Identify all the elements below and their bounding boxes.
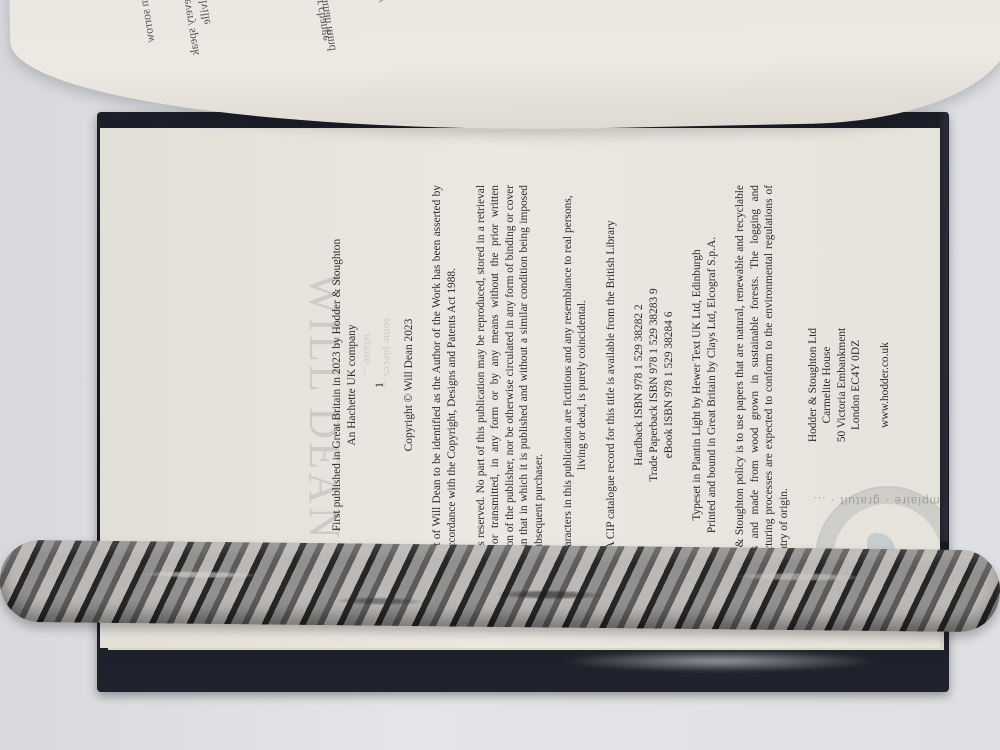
facing-page-author: Mary Shelley	[364, 0, 389, 4]
typeset-printing: Typeset in Plantin Light by Hewer Text U…	[690, 185, 719, 585]
cover-gloss-highlight	[560, 650, 880, 672]
isbn-ebook: eBook ISBN 978 1 529 38284 6	[662, 185, 677, 585]
printing-number: 1	[373, 185, 388, 585]
address-line: Hodder & Stoughton Ltd	[806, 185, 821, 585]
address-line: Carmelite House	[820, 185, 835, 585]
publisher-website: www.hodder.co.uk	[878, 185, 893, 585]
isbn-list: Hardback ISBN 978 1 529 38282 2 Trade Pa…	[632, 185, 676, 585]
copyright-text-block: First published in Great Britain in 2023…	[330, 185, 893, 585]
printed-line: Printed and bound in Great Britain by Cl…	[705, 185, 720, 585]
paper-policy: Hodder & Stoughton policy is to use pape…	[733, 185, 791, 585]
copyright-notice: Copyright © Will Dean 2023	[402, 185, 417, 585]
publisher-company-line: An Hachette UK company	[345, 185, 360, 585]
facing-page-line: ... as cows are with their own sorrow	[115, 0, 158, 44]
address-line: 50 Victoria Embankment	[835, 185, 850, 585]
typeset-line: Typeset in Plantin Light by Hewer Text U…	[690, 185, 705, 585]
moral-rights: The right of Will Dean to be identified …	[430, 185, 459, 585]
isbn-hardback: Hardback ISBN 978 1 529 38282 2	[632, 185, 647, 585]
publisher-address: Hodder & Stoughton Ltd Carmelite House 5…	[806, 185, 864, 585]
fiction-disclaimer: All characters in this publication are f…	[561, 185, 590, 585]
first-published-line: First published in Great Britain in 2023…	[330, 185, 345, 585]
cip-record: A CIP catalogue record for this title is…	[604, 185, 619, 585]
isbn-trade-paperback: Trade Paperback ISBN 978 1 529 38283 9	[647, 185, 662, 585]
publication-info: First published in Great Britain in 2023…	[330, 185, 359, 585]
address-line: London EC4Y 0DZ	[849, 185, 864, 585]
rights-reserved: All rights reserved. No part of this pub…	[474, 185, 547, 585]
marbled-fabric-roll	[0, 540, 1000, 632]
